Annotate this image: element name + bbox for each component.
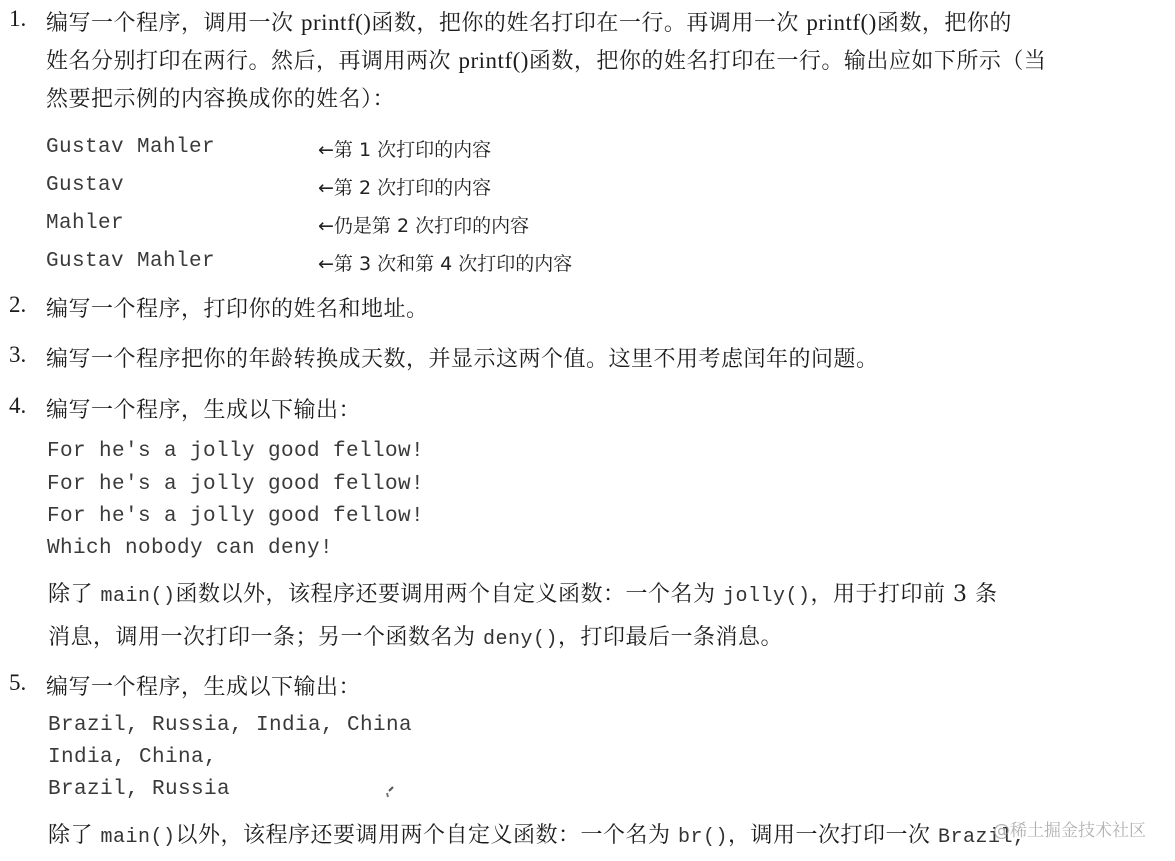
output-line: Which nobody can deny!	[47, 537, 333, 560]
exercise-number: 4.	[9, 393, 26, 419]
function-name: printf()	[301, 10, 371, 35]
output-line: For he's a jolly good fellow!	[47, 440, 424, 463]
exercise-1-line-3: 然要把示例的内容换成你的姓名）：	[46, 82, 395, 113]
exercise-number: 2.	[9, 292, 26, 318]
exercise-number: 1.	[9, 6, 26, 32]
output-annotation: ←第 1 次打印的内容	[318, 135, 491, 162]
pen-mark-icon	[385, 785, 395, 799]
output-annotation: ←第 2 次打印的内容	[318, 173, 491, 200]
text: 编写一个程序，调用一次	[46, 11, 301, 36]
text: ，用于打印前 3 条	[811, 582, 998, 607]
exercise-number: 3.	[9, 342, 26, 368]
exercise-text: 编写一个程序，生成以下输出：	[46, 393, 361, 424]
output-line: For he's a jolly good fellow!	[47, 505, 424, 528]
function-name: br()	[678, 826, 728, 849]
output-line: Mahler	[46, 212, 124, 235]
text: 函数以外，该程序还要调用两个自定义函数：一个名为	[176, 582, 724, 607]
text: 以外，该程序还要调用两个自定义函数：一个名为	[176, 823, 679, 848]
output-line: Gustav	[46, 174, 124, 197]
exercise-text: 编写一个程序把你的年龄转换成天数，并显示这两个值。这里不用考虑闰年的问题。	[46, 342, 879, 373]
text: 姓名分别打印在两行。然后，再调用两次	[46, 49, 459, 74]
function-name: main()	[101, 826, 176, 849]
output-line: Gustav Mahler	[46, 136, 215, 159]
function-name: deny()	[483, 628, 558, 651]
text: ，打印最后一条消息。	[558, 625, 783, 650]
output-line: Brazil, Russia	[48, 778, 230, 801]
exercise-4-desc-line-1: 除了 main()函数以外，该程序还要调用两个自定义函数：一个名为 jolly(…	[48, 577, 998, 608]
exercise-4-desc-line-2: 消息，调用一次打印一条；另一个函数名为 deny()，打印最后一条消息。	[48, 620, 783, 651]
text: 除了	[48, 823, 101, 848]
function-name: main()	[101, 585, 176, 608]
function-name: printf()	[459, 48, 529, 73]
exercise-1-line-2: 姓名分别打印在两行。然后，再调用两次 printf()函数，把你的姓名打印在一行…	[46, 44, 1046, 75]
text: ，调用一次打印一次	[728, 823, 938, 848]
output-annotation: ←第 3 次和第 4 次打印的内容	[318, 249, 572, 276]
exercise-text: 编写一个程序，打印你的姓名和地址。	[46, 292, 429, 323]
text: 函数，把你的姓名打印在一行。再调用一次	[371, 11, 806, 36]
exercise-number: 5.	[9, 670, 26, 696]
function-name: printf()	[806, 10, 876, 35]
output-line: India, China,	[48, 746, 217, 769]
exercise-text: 编写一个程序，生成以下输出：	[46, 670, 361, 701]
text: 函数，把你的	[877, 11, 1012, 36]
output-line: Brazil, Russia, India, China	[48, 714, 412, 737]
text: 除了	[48, 582, 101, 607]
output-line: Gustav Mahler	[46, 250, 215, 273]
exercise-1-line-1: 编写一个程序，调用一次 printf()函数，把你的姓名打印在一行。再调用一次 …	[46, 6, 1012, 37]
watermark: @稀土掘金技术社区	[993, 816, 1146, 841]
function-name: jolly()	[723, 585, 811, 608]
text: 函数，把你的姓名打印在一行。输出应如下所示（当	[529, 49, 1047, 74]
text: 消息，调用一次打印一条；另一个函数名为	[48, 625, 483, 650]
exercise-5-desc-line-1: 除了 main()以外，该程序还要调用两个自定义函数：一个名为 br()，调用一…	[48, 818, 1026, 849]
output-annotation: ←仍是第 2 次打印的内容	[318, 211, 529, 238]
output-line: For he's a jolly good fellow!	[47, 473, 424, 496]
